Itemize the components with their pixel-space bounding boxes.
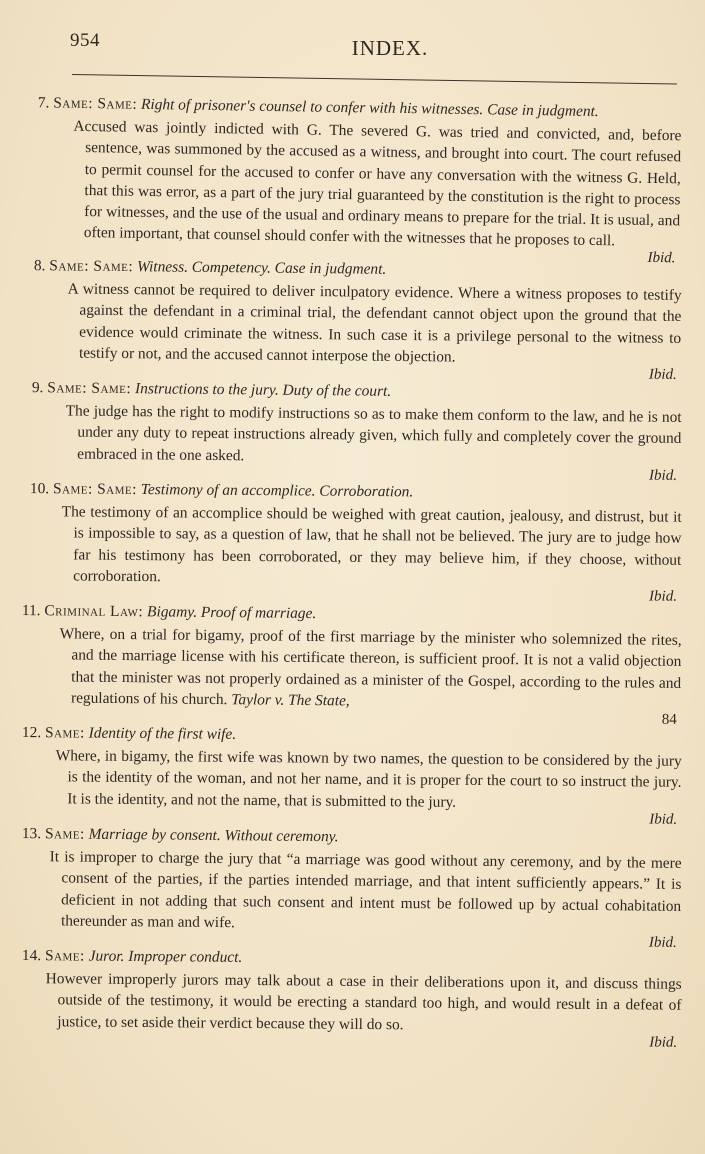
entry-body: Where, in bigamy, the first wife was kno… [21, 745, 682, 815]
entry-number: 8. [34, 257, 46, 274]
index-entries: 7. Same: Same: Right of prisoner's couns… [22, 92, 682, 1044]
entry-subtopic: Identity of the first wife. [89, 725, 237, 743]
entry-body: However improperly jurors may talk about… [21, 968, 682, 1038]
index-entry-9: 9. Same: Same: Instructions to the jury.… [21, 379, 682, 483]
entry-number: 10. [30, 480, 49, 497]
entry-number: 13. [22, 825, 41, 842]
entry-topic: Criminal Law: [44, 602, 143, 620]
entry-heading: 10. Same: Same: Testimony of an accompli… [22, 480, 682, 503]
entry-body: It is improper to charge the jury that “… [21, 846, 682, 938]
book-page: 954 INDEX. 7. Same: Same: Right of priso… [0, 0, 705, 1154]
index-entry-8: 8. Same: Same: Witness. Competency. Case… [21, 257, 682, 382]
entry-heading: 13. Same: Marriage by consent. Without c… [22, 825, 682, 849]
case-name: Taylor v. The State, [231, 691, 350, 709]
entry-topic: Same: Same: [49, 257, 133, 275]
entry-subtopic: Bigamy. Proof of marriage. [147, 603, 316, 622]
running-head: INDEX. [70, 36, 690, 61]
entry-number: 7. [38, 94, 50, 111]
entry-heading: 12. Same: Identity of the first wife. [22, 724, 682, 747]
entry-topic: Same: [45, 948, 85, 965]
index-entry-11: 11. Criminal Law: Bigamy. Proof of marri… [21, 602, 682, 727]
entry-heading: 14. Same: Juror. Improper conduct. [22, 947, 682, 970]
entry-topic: Same: [45, 825, 85, 842]
entry-body-text: Where, on a trial for bigamy, proof of t… [60, 625, 682, 708]
entry-subtopic: Witness. Competency. Case in judgment. [137, 258, 386, 278]
index-entry-14: 14. Same: Juror. Improper conduct. Howev… [21, 947, 682, 1050]
entry-subtopic: Instructions to the jury. Duty of the co… [135, 380, 391, 400]
entry-number: 14. [22, 947, 41, 964]
entry-subtopic: Marriage by consent. Without ceremony. [89, 826, 339, 846]
entry-body: Accused was jointly indicted with G. The… [20, 115, 682, 253]
entry-body: The judge has the right to modify instru… [21, 400, 682, 471]
entry-topic: Same: Same: [47, 379, 131, 397]
page-header: 954 INDEX. [70, 28, 690, 68]
entry-number: 12. [22, 724, 41, 741]
index-entry-10: 10. Same: Same: Testimony of an accompli… [21, 480, 682, 604]
entry-subtopic: Testimony of an accomplice. Corroboratio… [141, 481, 414, 500]
entry-subtopic: Juror. Improper conduct. [89, 948, 243, 966]
entry-number: 9. [32, 379, 44, 396]
entry-body: The testimony of an accomplice should be… [21, 501, 682, 592]
entry-body: A witness cannot be required to deliver … [21, 278, 682, 370]
header-rule [72, 74, 677, 85]
entry-heading: 11. Criminal Law: Bigamy. Proof of marri… [22, 602, 682, 626]
index-entry-7: 7. Same: Same: Right of prisoner's couns… [19, 94, 681, 265]
entry-topic: Same: Same: [53, 480, 137, 498]
entry-subtopic: Right of prisoner's counsel to confer wi… [141, 96, 599, 120]
index-entry-13: 13. Same: Marriage by consent. Without c… [21, 825, 682, 950]
index-entry-12: 12. Same: Identity of the first wife. Wh… [21, 724, 682, 827]
entry-heading: 9. Same: Same: Instructions to the jury.… [22, 379, 682, 403]
entry-topic: Same: Same: [53, 94, 137, 112]
entry-topic: Same: [45, 724, 85, 741]
entry-number: 11. [22, 602, 41, 619]
entry-body: Where, on a trial for bigamy, proof of t… [21, 623, 682, 715]
